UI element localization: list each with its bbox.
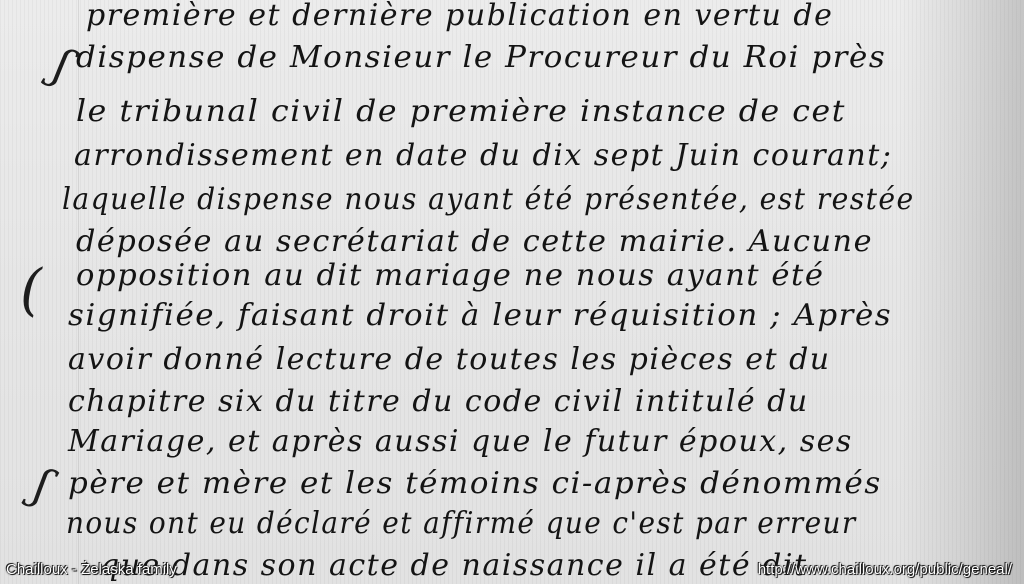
margin-flourish-bottom: ʃ xyxy=(28,459,55,511)
handwritten-line-9: chapitre six du titre du code civil inti… xyxy=(68,384,809,419)
watermark-family-name: Chailloux - Żelaska family xyxy=(6,561,177,578)
handwritten-line-0: première et dernière publication en vert… xyxy=(86,0,833,33)
handwritten-line-2: le tribunal civil de première instance d… xyxy=(76,94,846,129)
handwritten-line-11: père et mère et les témoins ci-après dén… xyxy=(68,466,882,501)
handwritten-line-10: Mariage, et après aussi que le futur épo… xyxy=(68,424,853,459)
handwritten-line-12: nous ont eu déclaré et affirmé que c'est… xyxy=(66,506,857,541)
handwritten-line-4: laquelle dispense nous ayant été présent… xyxy=(62,182,915,217)
handwritten-line-6: opposition au dit mariage ne nous ayant … xyxy=(76,258,825,293)
handwritten-line-8: avoir donné lecture de toutes les pièces… xyxy=(68,342,831,377)
margin-flourish-top: ʃ xyxy=(48,39,77,91)
document-scan: première et dernière publication en vert… xyxy=(0,0,1024,584)
handwritten-line-7: signifiée, faisant droit à leur réquisit… xyxy=(68,298,892,333)
handwritten-line-3: arrondissement en date du dix sept Juin … xyxy=(74,138,892,173)
handwritten-line-5: déposée au secrétariat de cette mairie. … xyxy=(76,224,873,259)
handwritten-line-13: que dans son acte de naissance il a été … xyxy=(100,548,808,583)
margin-bracket-left: ( xyxy=(20,258,42,323)
watermark-url: http://www.chailloux.org/public/geneal/ xyxy=(758,561,1012,578)
handwritten-line-1: dispense de Monsieur le Procureur du Roi… xyxy=(76,40,886,75)
